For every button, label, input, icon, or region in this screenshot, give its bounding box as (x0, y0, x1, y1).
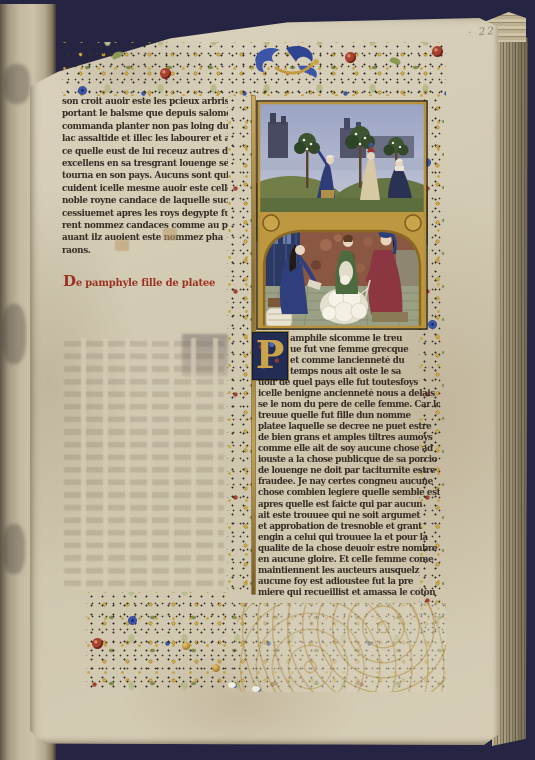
blue-flower-icon (428, 320, 437, 329)
show-through-smudge (4, 64, 30, 104)
manuscript-text-line: en aucune gloire. Et celle femme come (258, 555, 440, 566)
manuscript-text-line: ue fut vne femme grecque (290, 345, 436, 356)
manuscript-text-line: auant ilz auoient este nommez pha (62, 232, 228, 244)
border-intercolumn (227, 96, 253, 594)
manuscript-text-line: qualite de la chose deuoir estre nombre (258, 544, 440, 555)
manuscript-text-line: cessiuemet apres les roys degypte fu (62, 208, 228, 220)
border-bottom (86, 592, 446, 692)
rose-flower-icon (92, 638, 103, 649)
manuscript-text-line: son croit auoir este les pcieux arbrisse… (62, 96, 228, 108)
rose-flower-icon (345, 52, 356, 63)
manuscript-text-line: icelle benigne ancienneté nous a delais (258, 389, 440, 400)
manuscript-text-line: treuue quelle fut fille dun nomme (258, 411, 440, 422)
gold-leaf-icon (212, 664, 220, 672)
manuscript-text-line: comme elle ait de soy aucune chose ad (258, 444, 440, 455)
manuscript-text-line: se le nom du pere de celle femme. Car lo… (258, 400, 440, 411)
manuscript-text-line: platee laquelle se decree ne puet estre (258, 422, 440, 433)
folio-number: · 22 (468, 25, 497, 39)
manuscript-text-line: amphile sicomme le treu (290, 334, 436, 345)
manuscript-text-line: miere qui recueillist et amassa le coton (258, 588, 440, 599)
blue-flower-icon (78, 86, 87, 95)
white-flower-icon (252, 686, 260, 692)
blue-acanthus-motif (246, 42, 336, 82)
show-through-smudge (2, 304, 26, 364)
manuscript-text-line: ait este trouuee qui ne soit argumet (258, 511, 440, 522)
manuscript-text-line: uoir de quel pays elle fut toutesfoys (258, 378, 440, 389)
manuscript-photo: · 22 son croit auoir este les pcieux arb… (0, 0, 535, 760)
manuscript-text-line: de bien grans et amples tiltres aumoys (258, 433, 440, 444)
manuscript-text-line: excellens en sa tresgrant louenge sen re (62, 158, 228, 170)
manuscript-text-line: chose combien legiere quelle semble estr… (258, 488, 440, 499)
left-column-text: son croit auoir este les pcieux arbrisse… (62, 96, 228, 258)
gold-swirl-decoration (237, 592, 446, 692)
lower-scene-working-cotton (264, 226, 420, 330)
verso-show-through-text (64, 338, 224, 590)
manuscript-text-line: maintiennent les aucteurs ausquelz (258, 566, 440, 577)
show-through-smudge (3, 524, 25, 574)
manuscript-text-line: tourna en son pays. Aucuns sont qui (62, 170, 228, 182)
miniature-painting (256, 100, 428, 330)
manuscript-text-line: et comme lancienneté du (290, 356, 436, 367)
manuscript-text-line: cuident icelle mesme auoir este celle tr… (62, 183, 228, 195)
manuscript-text-line: aucune foy est adioustee fut la pre (258, 577, 440, 588)
manuscript-text-line: portant le balsme que depuis salomon (62, 108, 228, 120)
manuscript-text-line: ce quelle eust de lui receuz autres dons (62, 146, 228, 158)
white-flower-icon (228, 682, 236, 688)
manuscript-text-line: de louenge ne doit par taciturnite estre (258, 466, 440, 477)
chapter-rubric: De pamphyle fille de platee (63, 272, 238, 290)
manuscript-text-line: apres quelle est faicte qui par aucun (258, 500, 440, 511)
blue-flower-icon (128, 616, 137, 625)
manuscript-text-line: commanda planter non pas loing du (62, 121, 228, 133)
parchment-patch (163, 228, 177, 240)
parchment-patch (115, 240, 129, 251)
manuscript-text-line: lac assaltide et illec les labourer et a… (62, 133, 228, 145)
manuscript-text-line: rent nommez candaces comme au par (62, 220, 228, 232)
rose-flower-icon (160, 68, 171, 79)
manuscript-text-line: engin a celui qui trouuee la et pour la (258, 533, 440, 544)
right-column-text: uoir de quel pays elle fut toutesfoysice… (258, 378, 440, 600)
rose-flower-icon (432, 46, 443, 57)
manuscript-text-line: raons. (62, 245, 228, 257)
manuscript-text-line: fraudee. Je nay certes congneu aucune (258, 477, 440, 488)
manuscript-text-line: temps nous ait oste le sa (290, 367, 436, 378)
manuscript-text-line: iouste a la chose publicque de sa porcio (258, 455, 440, 466)
right-column-text-beside-initial: amphile sicomme le treuue fut vne femme … (290, 334, 436, 379)
gold-leaf-icon (182, 642, 190, 650)
manuscript-text-line: noble royne candace de laquelle suc (62, 195, 228, 207)
manuscript-text-line: et approbation de tresnoble et grant (258, 522, 440, 533)
illuminated-initial-P: P (252, 332, 288, 380)
